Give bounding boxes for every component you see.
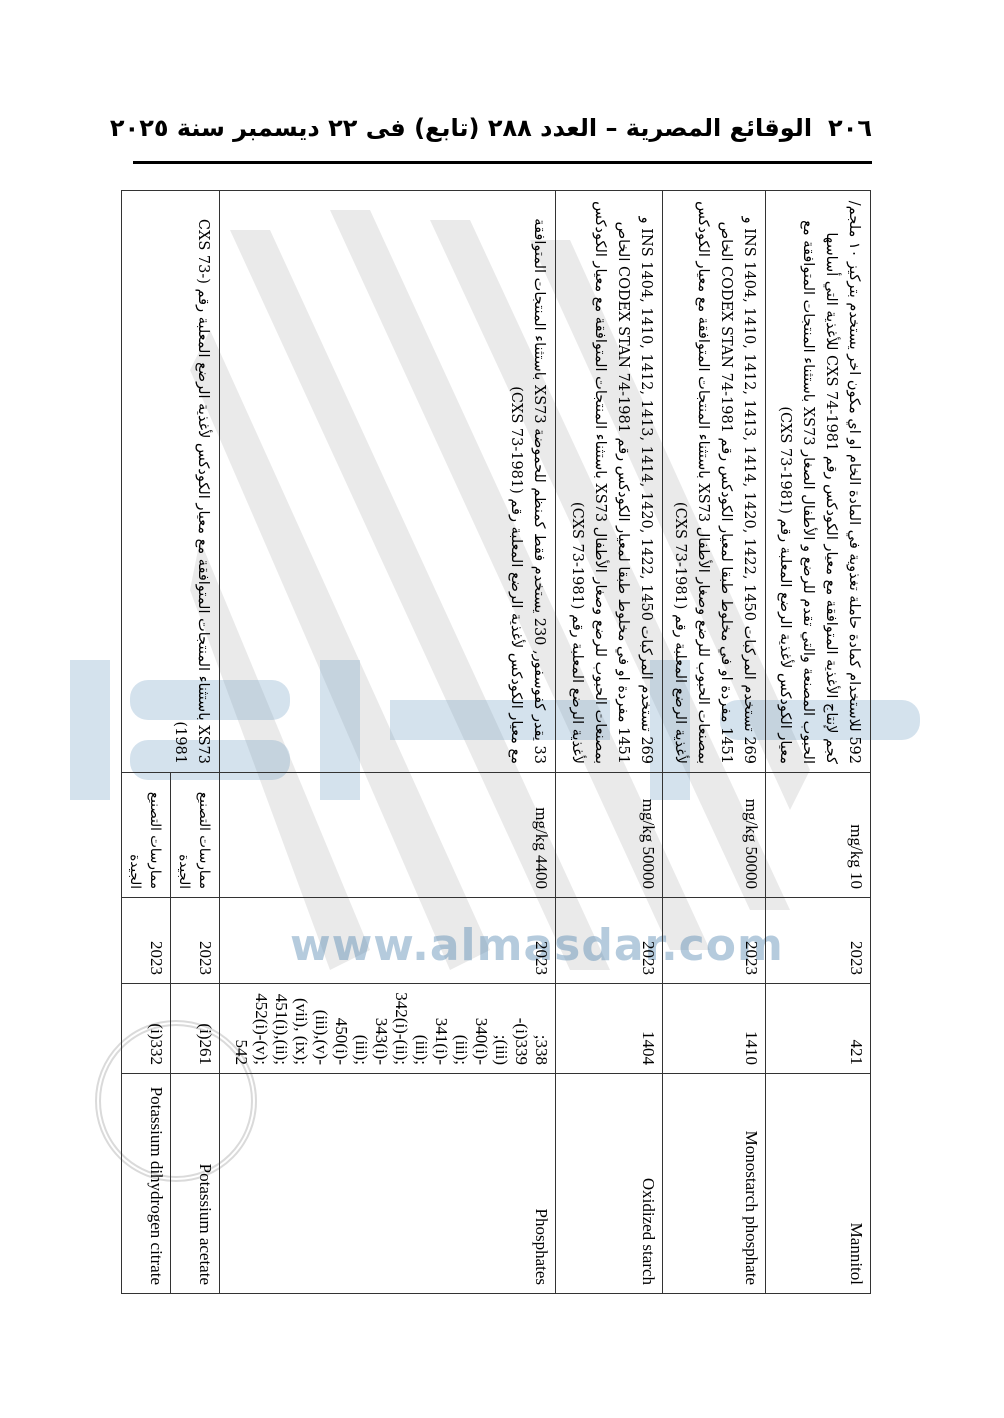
notes-cell: 269 تستخدم المركبات INS 1404, 1410, 1412… — [663, 191, 766, 773]
table-row: 269 تستخدم المركبات INS 1404, 1410, 1412… — [663, 191, 766, 1294]
ins-cell: 1404 — [556, 984, 663, 1074]
year-cell-text: 2023 — [196, 941, 215, 975]
max-level-cell-text: 10 mg/kg — [847, 824, 866, 889]
notes-cell-text: 269 تستخدم المركبات INS 1404, 1410, 1412… — [569, 201, 654, 764]
additive-name-cell-text: Potassium dihydrogen citrate — [147, 1087, 166, 1285]
year-cell-text: 2023 — [147, 941, 166, 975]
notes-cell-text: 269 تستخدم المركبات INS 1404, 1410, 1412… — [672, 201, 757, 764]
year-cell: 2023 — [171, 898, 220, 984]
year-cell: 2023 — [556, 898, 663, 984]
header-rule — [133, 161, 872, 164]
year-cell: 2023 — [122, 898, 171, 984]
max-level-cell: 50000 mg/kg — [663, 773, 766, 898]
additive-name-cell: Phosphates — [220, 1074, 556, 1294]
notes-cell: 33 يقدر كفوسفور, 230 يستخدم فقط كمنظم لل… — [220, 191, 556, 773]
year-cell: 2023 — [220, 898, 556, 984]
table-row: 592 للاستخدام كمادة حاملة تغذوية في الما… — [766, 191, 871, 1294]
max-level-cell-text: 4400 mg/kg — [532, 807, 551, 889]
notes-cell: 592 للاستخدام كمادة حاملة تغذوية في الما… — [766, 191, 871, 773]
notes-cell-text: XS73 باستثناء المنتجات المتوافقة مع معيا… — [172, 219, 211, 764]
page-number: ٢٠٦ — [828, 114, 872, 142]
ins-cell-text: 421 — [847, 1040, 866, 1066]
additive-name-cell-text: Oxidized starch — [639, 1178, 658, 1285]
additive-name-cell-text: Potassium acetate — [196, 1164, 215, 1285]
year-cell: 2023 — [663, 898, 766, 984]
year-cell-text: 2023 — [742, 941, 761, 975]
additive-name-cell: Potassium acetate — [171, 1074, 220, 1294]
max-level-cell-text: ممارسات التصنيع الجيدة — [176, 792, 212, 889]
ins-cell-text: 1404 — [639, 1031, 658, 1065]
ins-cell: 332(i) — [122, 984, 171, 1074]
ins-cell: 1410 — [663, 984, 766, 1074]
ins-cell-text: 338; 339(i)-(iii); 340(i)-(iii); 341(i)-… — [232, 992, 551, 1065]
table-row: 269 تستخدم المركبات INS 1404, 1410, 1412… — [556, 191, 663, 1294]
additives-table: 592 للاستخدام كمادة حاملة تغذوية في الما… — [121, 190, 871, 1294]
notes-cell-text: 592 للاستخدام كمادة حاملة تغذوية في الما… — [777, 201, 862, 764]
notes-cell: XS73 باستثناء المنتجات المتوافقة مع معيا… — [122, 191, 220, 773]
additive-name-cell: Oxidized starch — [556, 1074, 663, 1294]
notes-cell: 269 تستخدم المركبات INS 1404, 1410, 1412… — [556, 191, 663, 773]
table-row: 33 يقدر كفوسفور, 230 يستخدم فقط كمنظم لل… — [220, 191, 556, 1294]
max-level-cell: ممارسات التصنيع الجيدة — [122, 773, 171, 898]
additive-name-cell: Potassium dihydrogen citrate — [122, 1074, 171, 1294]
ins-cell: 338; 339(i)-(iii); 340(i)-(iii); 341(i)-… — [220, 984, 556, 1074]
additive-name-cell-text: Monostarch phosphate — [742, 1131, 761, 1285]
year-cell: 2023 — [766, 898, 871, 984]
ins-cell: 421 — [766, 984, 871, 1074]
year-cell-text: 2023 — [532, 941, 551, 975]
additive-name-cell-text: Mannitol — [847, 1223, 866, 1285]
max-level-cell: 50000 mg/kg — [556, 773, 663, 898]
additives-table-container: 592 للاستخدام كمادة حاملة تغذوية في الما… — [133, 190, 871, 1293]
year-cell-text: 2023 — [639, 941, 658, 975]
max-level-cell-text: ممارسات التصنيع الجيدة — [127, 792, 163, 889]
max-level-cell-text: 50000 mg/kg — [639, 799, 658, 889]
ins-cell-text: 261(i) — [196, 1023, 215, 1065]
max-level-cell: ممارسات التصنيع الجيدة — [171, 773, 220, 898]
table-row: XS73 باستثناء المنتجات المتوافقة مع معيا… — [171, 191, 220, 1294]
ins-cell: 261(i) — [171, 984, 220, 1074]
max-level-cell: 10 mg/kg — [766, 773, 871, 898]
ins-cell-text: 332(i) — [147, 1023, 166, 1065]
year-cell-text: 2023 — [847, 941, 866, 975]
additive-name-cell: Mannitol — [766, 1074, 871, 1294]
additive-name-cell: Monostarch phosphate — [663, 1074, 766, 1294]
ins-cell-text: 1410 — [742, 1031, 761, 1065]
page-header: ٢٠٦الوقائع المصرية – العدد ٢٨٨ (تابع) فى… — [0, 108, 872, 148]
max-level-cell-text: 50000 mg/kg — [742, 799, 761, 889]
gazette-title: الوقائع المصرية – العدد ٢٨٨ (تابع) فى ٢٢… — [110, 114, 812, 142]
additive-name-cell-text: Phosphates — [532, 1209, 551, 1286]
notes-cell-text: 33 يقدر كفوسفور, 230 يستخدم فقط كمنظم لل… — [508, 218, 547, 764]
max-level-cell: 4400 mg/kg — [220, 773, 556, 898]
